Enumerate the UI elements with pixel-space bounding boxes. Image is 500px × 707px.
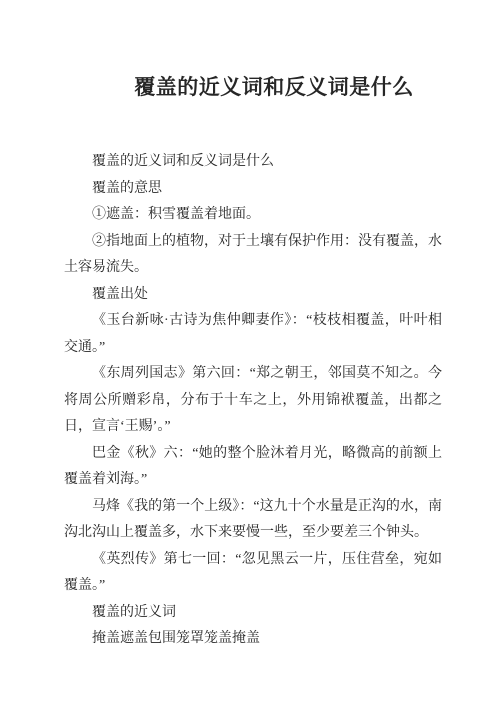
document-page: 覆盖的近义词和反义词是什么 覆盖的近义词和反义词是什么覆盖的意思①遮盖：积雪覆盖… (0, 0, 500, 707)
paragraph: ①遮盖：积雪覆盖着地面。 (64, 202, 442, 229)
paragraph: 覆盖的近义词和反义词是什么 (64, 149, 442, 176)
paragraph: 《东周列国志》第六回：“郑之朝王，邻国莫不知之。今将周公所赠彩帛，分布于十车之上… (64, 361, 442, 441)
paragraph: 覆盖出处 (64, 282, 442, 309)
document-title: 覆盖的近义词和反义词是什么 (64, 70, 442, 104)
paragraph: 马烽《我的第一个上级》：“这九十个水量是正沟的水，南沟北沟山上覆盖多，水下来要慢… (64, 494, 442, 547)
paragraph: 《玉台新咏·古诗为焦仲卿妻作》：“枝枝相覆盖，叶叶相交通。” (64, 308, 442, 361)
paragraph: 掩盖遮盖包围笼罩笼盖掩盖 (64, 626, 442, 653)
document-body: 覆盖的近义词和反义词是什么覆盖的意思①遮盖：积雪覆盖着地面。②指地面上的植物，对… (64, 149, 442, 653)
paragraph: 《英烈传》第七一回：“忽见黑云一片，压住营垒，宛如覆盖。” (64, 547, 442, 600)
paragraph: 巴金《秋》六：“她的整个脸沐着月光，略微高的前额上覆盖着刘海。” (64, 441, 442, 494)
paragraph: 覆盖的意思 (64, 176, 442, 203)
paragraph: 覆盖的近义词 (64, 600, 442, 627)
paragraph: ②指地面上的植物，对于土壤有保护作用：没有覆盖，水土容易流失。 (64, 229, 442, 282)
